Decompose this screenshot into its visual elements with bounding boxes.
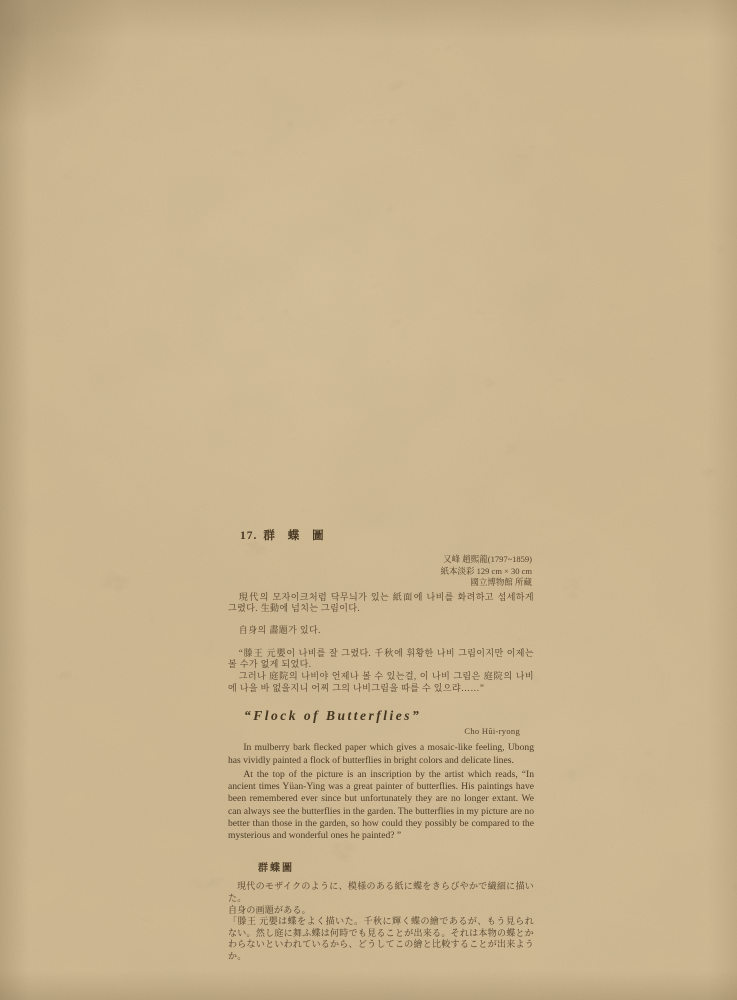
credit-block: 又峰 趙熙龍(1797~1859) 紙本淡彩 129 cm × 30 cm 國立… — [228, 554, 534, 589]
catalog-page: 17.群 蝶 圖 又峰 趙熙龍(1797~1859) 紙本淡彩 129 cm ×… — [0, 0, 737, 1000]
credit-medium-line: 紙本淡彩 129 cm × 30 cm — [228, 566, 532, 578]
english-artist-name: Cho Hŭi-ryong — [228, 726, 534, 736]
credit-collection-line: 國立博物館 所藏 — [228, 577, 532, 589]
english-paragraph-1: In mulberry bark flecked paper which giv… — [228, 742, 534, 767]
japanese-paragraph-1: 現代のモザイクのように、模様のある紙に蝶をきらびやかで繊細に描いた。 — [228, 881, 534, 904]
credit-artist-line: 又峰 趙熙龍(1797~1859) — [228, 554, 532, 566]
catalog-number: 17. — [240, 530, 257, 542]
korean-note: 自身의 畵題가 있다. — [228, 625, 534, 637]
japanese-title: 群蝶圖 — [258, 859, 534, 874]
entry-title: 17.群 蝶 圖 — [240, 527, 534, 543]
english-title: “Flock of Butterflies” — [244, 708, 534, 724]
japanese-paragraph-3: 「滕王 元嬰は蝶をよく描いた。千秋に輝く蝶の繪であるが、もう見られない。然し庭に… — [228, 916, 534, 962]
entry-title-cjk: 群 蝶 圖 — [263, 530, 328, 542]
korean-quote-2: 그러나 庭院의 나비야 언제나 볼 수 있는걸, 이 나비 그림은 庭院의 나비… — [228, 671, 534, 694]
korean-paragraph-1: 現代의 모자이크처럼 닥무늬가 있는 紙面에 나비를 화려하고 섬세하게 그렸다… — [228, 592, 534, 615]
korean-quote-1: “滕王 元嬰이 나비를 잘 그렸다. 千秋에 휘황한 나비 그림이지만 이제는 … — [228, 648, 534, 671]
entry-block: 17.群 蝶 圖 又峰 趙熙龍(1797~1859) 紙本淡彩 129 cm ×… — [228, 527, 534, 963]
english-paragraph-2: At the top of the picture is an inscript… — [228, 769, 534, 843]
japanese-paragraph-2: 自身の画題がある。 — [228, 905, 534, 917]
